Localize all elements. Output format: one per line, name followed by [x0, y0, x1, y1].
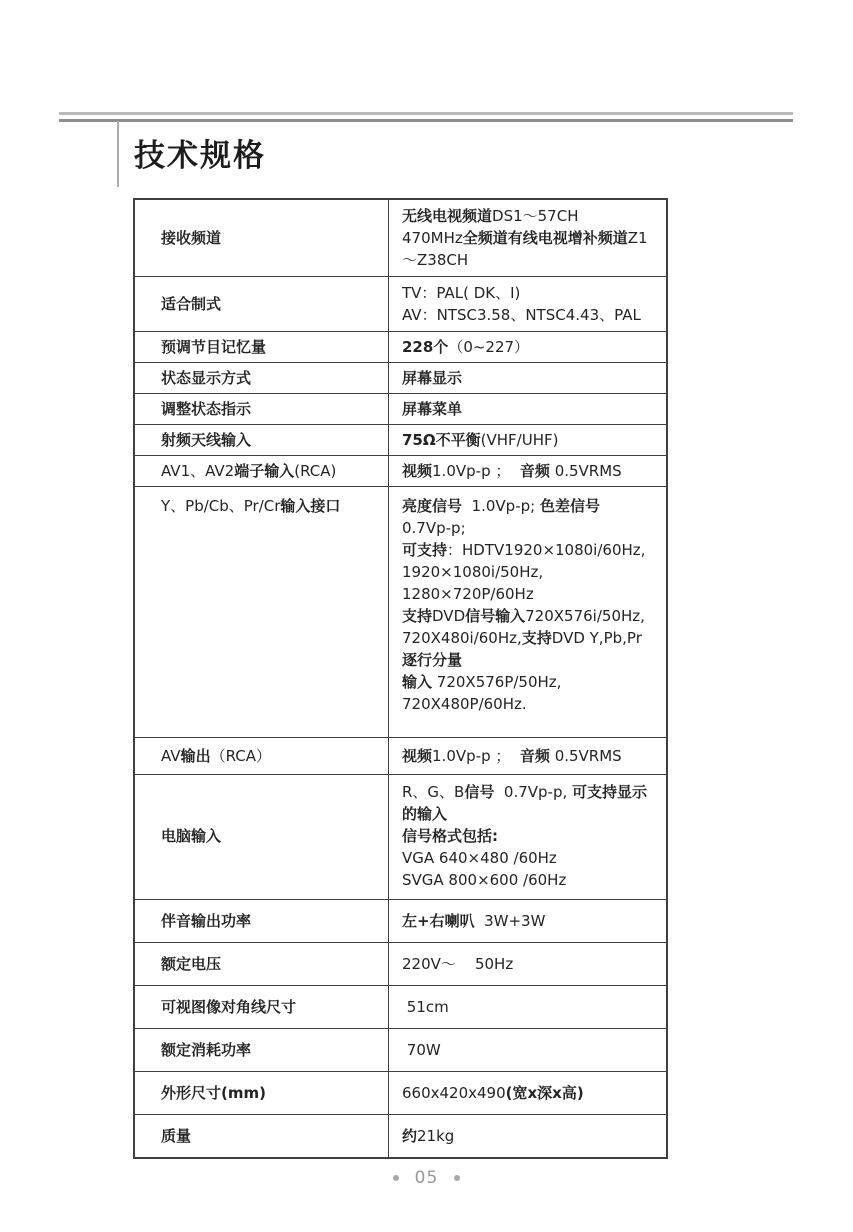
spec-value-line: 亮度信号 1.0Vp-p; 色差信号 0.7Vp-p;: [402, 495, 654, 539]
spec-value-line: SVGA 800×600 /60Hz: [402, 869, 654, 891]
spec-label: 质量: [134, 1115, 389, 1159]
text-segment: 屏幕显示: [402, 369, 462, 387]
spec-value-line: 约21kg: [402, 1125, 654, 1147]
text-segment: 音频: [520, 462, 550, 480]
spec-label: 外形尺寸(mm): [134, 1072, 389, 1115]
text-segment: 电脑输入: [161, 827, 221, 845]
spec-value: 亮度信号 1.0Vp-p; 色差信号 0.7Vp-p;可支持：HDTV1920×…: [389, 487, 668, 738]
text-segment: 左+右喇叭: [402, 912, 475, 930]
spec-value-line: 屏幕显示: [402, 367, 654, 389]
text-segment: 输出: [181, 747, 211, 765]
spec-label: 预调节目记忆量: [134, 332, 389, 363]
text-segment: 端子输入: [234, 462, 294, 480]
footer-dot-left-icon: [393, 1175, 399, 1181]
spec-value-line: 视频1.0Vp-p ； 音频 0.5VRMS: [402, 745, 654, 767]
spec-label: 射频天线输入: [134, 425, 389, 456]
text-segment: 外形尺寸(mm): [161, 1084, 266, 1102]
table-row: 状态显示方式屏幕显示: [134, 363, 667, 394]
text-segment: TV：PAL( DK、I): [402, 284, 520, 302]
spec-label: 适合制式: [134, 277, 389, 332]
spec-label: 伴音输出功率: [134, 900, 389, 943]
text-segment: 1.0Vp-p ；: [432, 462, 520, 480]
spec-value: 228个（0~227）: [389, 332, 668, 363]
text-segment: 信号: [464, 783, 494, 801]
spec-value: 70W: [389, 1029, 668, 1072]
text-segment: 0.7Vp-p,: [494, 783, 572, 801]
spec-label: 电脑输入: [134, 775, 389, 900]
text-segment: 接收频道: [161, 229, 221, 247]
text-segment: 无线电视频道: [402, 207, 492, 225]
spec-value: 无线电视频道DS1～57CH470MHz全频道有线电视增补频道Z1～Z38CH: [389, 199, 668, 277]
text-segment: 色差信号: [540, 497, 600, 515]
spec-value-line: 75Ω不平衡(VHF/UHF): [402, 429, 654, 451]
text-segment: 3W+3W: [475, 912, 546, 930]
spec-value-line: 无线电视频道DS1～57CH: [402, 205, 654, 227]
spec-value: TV：PAL( DK、I)AV：NTSC3.58、NTSC4.43、PAL: [389, 277, 668, 332]
text-segment: (VHF/UHF): [481, 431, 559, 449]
spec-value-line: AV：NTSC3.58、NTSC4.43、PAL: [402, 304, 654, 326]
text-segment: 75Ω不平衡: [402, 431, 481, 449]
table-row: Y、Pb/Cb、Pr/Cr输入接口亮度信号 1.0Vp-p; 色差信号 0.7V…: [134, 487, 667, 738]
text-segment: (RCA): [294, 462, 336, 480]
text-segment: 信号格式包括:: [402, 827, 498, 845]
text-segment: 660x420x490: [402, 1084, 506, 1102]
table-row: 适合制式TV：PAL( DK、I)AV：NTSC3.58、NTSC4.43、PA…: [134, 277, 667, 332]
text-segment: 质量: [161, 1127, 191, 1145]
footer-dot-right-icon: [454, 1175, 460, 1181]
page-footer: 05: [0, 1168, 853, 1188]
text-segment: 视频: [402, 747, 432, 765]
spec-label: 接收频道: [134, 199, 389, 277]
text-segment: 470MHz: [402, 229, 463, 247]
spec-label: Y、Pb/Cb、Pr/Cr输入接口: [134, 487, 389, 738]
page-container: 技术规格 接收频道无线电视频道DS1～57CH470MHz全频道有线电视增补频道…: [0, 0, 853, 1232]
spec-value-line: 左+右喇叭 3W+3W: [402, 910, 654, 932]
text-segment: 视频: [402, 462, 432, 480]
text-segment: 720X480i/60Hz,: [402, 629, 522, 647]
spec-value: 220V～ 50Hz: [389, 943, 668, 986]
table-row: AV输出（RCA）视频1.0Vp-p ； 音频 0.5VRMS: [134, 738, 667, 775]
text-segment: DVD: [432, 607, 465, 625]
text-segment: 720X576i/50Hz,: [525, 607, 645, 625]
table-row: 射频天线输入75Ω不平衡(VHF/UHF): [134, 425, 667, 456]
text-segment: 伴音输出功率: [161, 912, 251, 930]
spec-value: 视频1.0Vp-p ； 音频 0.5VRMS: [389, 456, 668, 487]
text-segment: 1920×1080i/50Hz, 1280×720P/60Hz: [402, 563, 553, 603]
text-segment: 信号输入: [465, 607, 525, 625]
spec-value-line: R、G、B信号 0.7Vp-p, 可支持显示的输入: [402, 781, 654, 825]
text-segment: 228个: [402, 338, 448, 356]
text-segment: 70W: [402, 1041, 441, 1059]
text-segment: AV1、AV2: [161, 462, 234, 480]
text-segment: 可支持: [402, 541, 447, 559]
spec-table-body: 接收频道无线电视频道DS1～57CH470MHz全频道有线电视增补频道Z1～Z3…: [134, 199, 667, 1158]
spec-value-line: 70W: [402, 1039, 654, 1061]
text-segment: 调整状态指示: [161, 400, 251, 418]
text-segment: 音频: [520, 747, 550, 765]
table-row: 外形尺寸(mm)660x420x490(宽x深x高): [134, 1072, 667, 1115]
text-segment: 射频天线输入: [161, 431, 251, 449]
spec-value-line: 屏幕菜单: [402, 398, 654, 420]
table-row: 伴音输出功率左+右喇叭 3W+3W: [134, 900, 667, 943]
spec-value: R、G、B信号 0.7Vp-p, 可支持显示的输入信号格式包括:VGA 640×…: [389, 775, 668, 900]
text-segment: （0~227）: [448, 338, 529, 356]
text-segment: 支持: [522, 629, 552, 647]
table-row: 电脑输入R、G、B信号 0.7Vp-p, 可支持显示的输入信号格式包括:VGA …: [134, 775, 667, 900]
text-segment: ：HDTV1920×1080i/60Hz,: [447, 541, 645, 559]
table-row: 质量约21kg: [134, 1115, 667, 1159]
spec-value-line: 1920×1080i/50Hz, 1280×720P/60Hz: [402, 561, 654, 605]
text-segment: VGA 640×480 /60Hz: [402, 849, 557, 867]
text-segment: AV: [161, 747, 181, 765]
spec-label: 额定电压: [134, 943, 389, 986]
spec-value-line: 支持DVD信号输入720X576i/50Hz,: [402, 605, 654, 627]
spec-value: 左+右喇叭 3W+3W: [389, 900, 668, 943]
spec-value-line: 可支持：HDTV1920×1080i/60Hz,: [402, 539, 654, 561]
spec-label: AV输出（RCA）: [134, 738, 389, 775]
text-segment: 21kg: [417, 1127, 454, 1145]
text-segment: 适合制式: [161, 295, 221, 313]
spec-value-line: 720X480i/60Hz,支持DVD Y,Pb,Pr逐行分量: [402, 627, 654, 671]
spec-value-line: 470MHz全频道有线电视增补频道Z1～Z38CH: [402, 227, 654, 271]
text-segment: 输入接口: [280, 497, 340, 515]
text-segment: 额定消耗功率: [161, 1041, 251, 1059]
spec-label: 状态显示方式: [134, 363, 389, 394]
spec-value-line: 输入 720X576P/50Hz, 720X480P/60Hz.: [402, 671, 654, 715]
text-segment: DVD Y,Pb,Pr: [552, 629, 642, 647]
text-segment: AV：NTSC3.58、NTSC4.43、PAL: [402, 306, 641, 324]
text-segment: 屏幕菜单: [402, 400, 462, 418]
text-segment: R、G、B: [402, 783, 464, 801]
spec-value: 660x420x490(宽x深x高): [389, 1072, 668, 1115]
text-segment: 逐行分量: [402, 651, 462, 669]
text-segment: 状态显示方式: [161, 369, 251, 387]
text-segment: 0.5VRMS: [550, 747, 622, 765]
text-segment: SVGA 800×600 /60Hz: [402, 871, 566, 889]
spec-value: 屏幕显示: [389, 363, 668, 394]
page-number: 05: [415, 1168, 439, 1188]
text-segment: （RCA）: [211, 747, 271, 765]
text-segment: DS1～57CH: [492, 207, 578, 225]
header-divider-dark-line: [59, 119, 793, 122]
spec-value-line: 220V～ 50Hz: [402, 953, 654, 975]
spec-value: 屏幕菜单: [389, 394, 668, 425]
text-segment: 51cm: [402, 998, 449, 1016]
spec-value: 51cm: [389, 986, 668, 1029]
text-segment: 额定电压: [161, 955, 221, 973]
spec-value-line: TV：PAL( DK、I): [402, 282, 654, 304]
text-segment: Y、Pb/Cb、Pr/Cr: [161, 497, 280, 515]
table-row: 调整状态指示屏幕菜单: [134, 394, 667, 425]
spec-label: 调整状态指示: [134, 394, 389, 425]
table-row: 可视图像对角线尺寸 51cm: [134, 986, 667, 1029]
spec-label: 可视图像对角线尺寸: [134, 986, 389, 1029]
text-segment: 约: [402, 1127, 417, 1145]
text-segment: 亮度信号: [402, 497, 462, 515]
text-segment: (宽x深x高): [506, 1084, 584, 1102]
page-title: 技术规格: [134, 130, 266, 175]
table-row: 接收频道无线电视频道DS1～57CH470MHz全频道有线电视增补频道Z1～Z3…: [134, 199, 667, 277]
spec-label: AV1、AV2端子输入(RCA): [134, 456, 389, 487]
table-row: 额定电压220V～ 50Hz: [134, 943, 667, 986]
table-row: AV1、AV2端子输入(RCA)视频1.0Vp-p ； 音频 0.5VRMS: [134, 456, 667, 487]
spec-value: 约21kg: [389, 1115, 668, 1159]
spec-value: 75Ω不平衡(VHF/UHF): [389, 425, 668, 456]
table-row: 额定消耗功率 70W: [134, 1029, 667, 1072]
spec-value-line: 信号格式包括:: [402, 825, 654, 847]
spec-table: 接收频道无线电视频道DS1～57CH470MHz全频道有线电视增补频道Z1～Z3…: [133, 198, 668, 1159]
spec-value-line: VGA 640×480 /60Hz: [402, 847, 654, 869]
spec-value: 视频1.0Vp-p ； 音频 0.5VRMS: [389, 738, 668, 775]
text-segment: 1.0Vp-p;: [462, 497, 540, 515]
spec-value-line: 51cm: [402, 996, 654, 1018]
spec-value-line: 视频1.0Vp-p ； 音频 0.5VRMS: [402, 460, 654, 482]
spec-value-line: 660x420x490(宽x深x高): [402, 1082, 654, 1104]
title-accent-bar: [117, 121, 119, 187]
text-segment: 支持: [402, 607, 432, 625]
text-segment: 全频道有线电视增补频道: [463, 229, 628, 247]
table-row: 预调节目记忆量228个（0~227）: [134, 332, 667, 363]
header-divider: [59, 112, 793, 122]
spec-label: 额定消耗功率: [134, 1029, 389, 1072]
text-segment: 可视图像对角线尺寸: [161, 998, 296, 1016]
spec-value-line: 228个（0~227）: [402, 336, 654, 358]
text-segment: 220V～ 50Hz: [402, 955, 513, 973]
text-segment: 0.5VRMS: [550, 462, 622, 480]
text-segment: 1.0Vp-p ；: [432, 747, 520, 765]
text-segment: 预调节目记忆量: [161, 338, 266, 356]
text-segment: 输入: [402, 673, 432, 691]
